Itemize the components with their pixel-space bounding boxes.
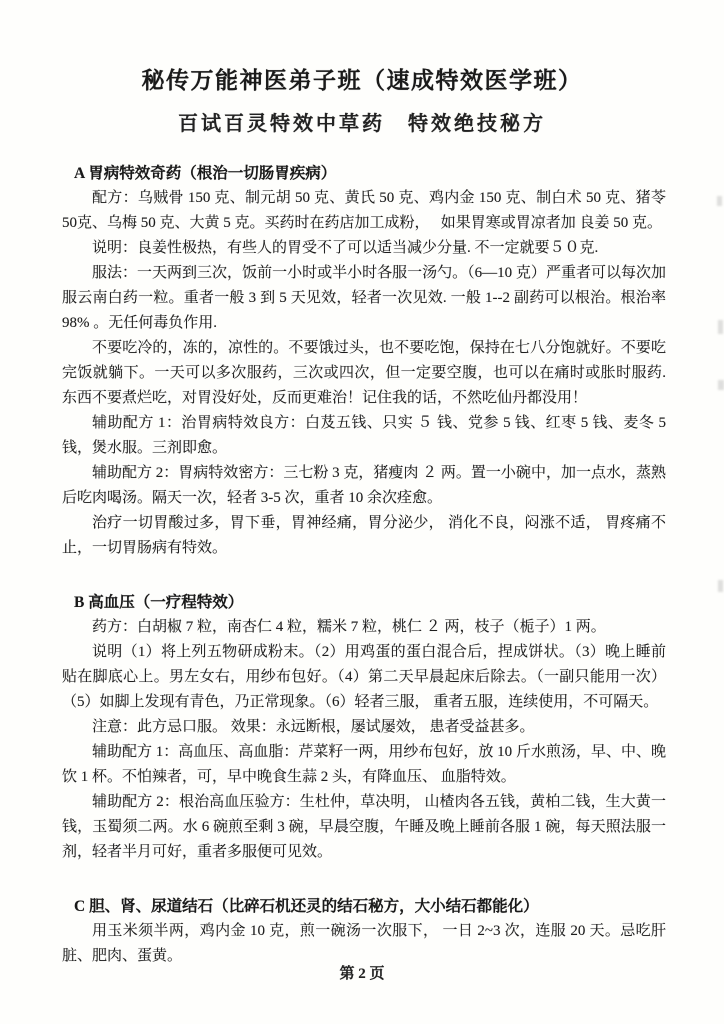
document-title: 秘传万能神医弟子班（速成特效医学班） bbox=[0, 0, 724, 95]
paragraph-prescription: 药方：白胡椒 7 粒，南杏仁 4 粒，糯米 7 粒，桃仁 ２ 两，枝子（栀子）1… bbox=[62, 615, 666, 640]
section-c-heading: C 胆、肾、尿道结石（比碎石机还灵的结石秘方，大小结石都能化） bbox=[74, 894, 666, 919]
section-hypertension: B 高血压（一疗程特效） 药方：白胡椒 7 粒，南杏仁 4 粒，糯米 7 粒，桃… bbox=[62, 590, 666, 865]
paragraph-diet-advice: 不要吃冷的，冻的，凉性的。不要饿过头，也不要吃饱，保持在七八分饱就好。不要吃完饭… bbox=[62, 336, 666, 411]
paragraph-formula: 配方：乌贼骨 150 克、制元胡 50 克、黄氏 50 克、鸡内金 150 克、… bbox=[62, 186, 666, 236]
paragraph-aux-formula-2: 辅助配方 2：胃病特效密方：三七粉 3 克，猪瘦肉 ２ 两。置一小碗中，加一点水… bbox=[62, 461, 666, 511]
scan-artifact bbox=[717, 196, 722, 206]
section-stones: C 胆、肾、尿道结石（比碎石机还灵的结石秘方，大小结石都能化） 用玉米须半两，鸡… bbox=[62, 894, 666, 969]
paragraph-aux-formula-1: 辅助配方 1：高血压、高血脂：芹菜籽一两，用纱布包好，放 10 斤水煎汤，早、中… bbox=[62, 740, 666, 790]
scan-artifact bbox=[718, 580, 723, 592]
scan-artifact bbox=[718, 320, 723, 334]
document-page: 秘传万能神医弟子班（速成特效医学班） 百试百灵特效中草药 特效绝技秘方 A 胃病… bbox=[0, 0, 724, 1024]
scan-artifact bbox=[718, 380, 724, 390]
section-a-heading: A 胃病特效奇药（根治一切肠胃疾病） bbox=[74, 161, 666, 186]
document-subtitle: 百试百灵特效中草药 特效绝技秘方 bbox=[0, 107, 724, 136]
paragraph-aux-formula-2: 辅助配方 2：根治高血压验方：生杜仲，草决明， 山楂肉各五钱，黄柏二钱，生大黄一… bbox=[62, 790, 666, 865]
page-number: 第 2 页 bbox=[0, 962, 724, 983]
paragraph-instructions: 说明（1）将上列五物研成粉末。（2）用鸡蛋的蛋白混合后，捏成饼状。（3）晚上睡前… bbox=[62, 640, 666, 715]
paragraph-explanation: 说明：良姜性极热，有些人的胃受不了可以适当减少分量. 不一定就要５０克. bbox=[62, 236, 666, 261]
section-gastric-remedy: A 胃病特效奇药（根治一切肠胃疾病） 配方：乌贼骨 150 克、制元胡 50 克… bbox=[62, 161, 666, 561]
paragraph-caution: 注意：此方忌口服。 效果：永远断根，屡试屡效， 患者受益甚多。 bbox=[62, 715, 666, 740]
document-body: A 胃病特效奇药（根治一切肠胃疾病） 配方：乌贼骨 150 克、制元胡 50 克… bbox=[62, 161, 666, 969]
paragraph-aux-formula-1: 辅助配方 1：治胃病特效良方：白芨五钱、只实 ５ 钱、党参 5 钱、红枣 5 钱… bbox=[62, 411, 666, 461]
section-b-heading: B 高血压（一疗程特效） bbox=[74, 590, 666, 615]
paragraph-indications: 治疗一切胃酸过多，胃下垂，胃神经痛，胃分泌少， 消化不良，闷涨不适， 胃疼痛不止… bbox=[62, 511, 666, 561]
paragraph-dosage: 服法：一天两到三次，饭前一小时或半小时各服一汤勺。（6—10 克）严重者可以每次… bbox=[62, 261, 666, 336]
